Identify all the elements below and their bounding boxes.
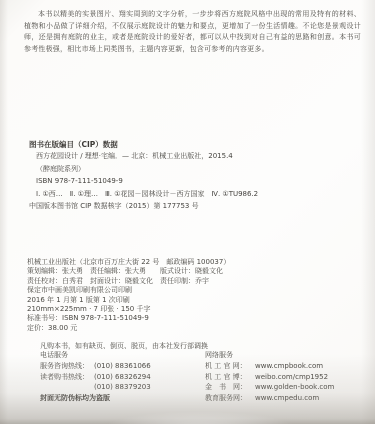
network-service-row: 教育服务网：www.cmpedu.com: [205, 393, 365, 404]
book-number-line: 标准书号：ISBN 978-7-111-51049-9: [27, 314, 362, 323]
anti-piracy-warning: 封面无防伪标均为盗版: [40, 393, 200, 404]
page-left-edge-shadow: [0, 0, 8, 424]
phone-row-value: (010) 88379203: [94, 383, 151, 391]
cip-title-line: 西方花园设计 / 理想·宅编．— 北京：机械工业出版社，2015.4: [29, 151, 261, 163]
phone-row-value: (010) 88361066: [94, 362, 151, 370]
network-row-label: 金 书 网：: [205, 382, 255, 393]
colophon-block: 机械工业出版社（北京市百万庄大街 22 号 邮政编码 100037） 策划编辑：…: [27, 258, 362, 333]
cip-series: （醉庭院系列）: [29, 164, 261, 176]
design-print-line: 责任校对：白秀君 封面设计：晓毅文化 责任印制：乔宇: [27, 277, 362, 286]
cip-isbn: ISBN 978-7-111-51049-9: [29, 176, 261, 188]
phone-row-label: 服务咨询热线：: [40, 361, 94, 372]
network-row-label: 机 工 官 博：: [205, 372, 255, 383]
network-row-value: weibo.com/cmp1952: [255, 373, 328, 381]
phone-service-column: 电话服务 服务咨询热线：(010) 88361066 读者购书热线：(010) …: [40, 350, 200, 404]
network-row-label: 机 工 官 网：: [205, 361, 255, 372]
network-row-value: www.cmpedu.com: [255, 394, 319, 402]
network-row-value: www.cmpbook.com: [255, 362, 323, 370]
cip-classification: Ⅰ. ①西… Ⅱ. ①理… Ⅲ. ①花园－园林设计－西方国家 Ⅳ. ①TU986…: [29, 189, 261, 201]
publisher-address-line: 机械工业出版社（北京市百万庄大街 22 号 邮政编码 100037）: [27, 258, 362, 267]
phone-row-value: (010) 68326294: [94, 373, 151, 381]
editors-line: 策划编辑：张大勇 责任编辑：张大勇 版式设计：晓毅文化: [27, 267, 362, 276]
cip-heading: 图书在版编目（CIP）数据: [29, 139, 261, 151]
phone-service-row: (010) 88379203: [40, 382, 200, 393]
network-service-column: 网络服务 机 工 官 网：www.cmpbook.com 机 工 官 博：wei…: [205, 350, 365, 404]
network-service-heading: 网络服务: [205, 350, 365, 361]
network-row-label: 教育服务网：: [205, 393, 255, 404]
network-service-row: 机 工 官 博：weibo.com/cmp1952: [205, 372, 365, 383]
cip-block: 图书在版编目（CIP）数据 西方花园设计 / 理想·宅编．— 北京：机械工业出版…: [29, 139, 261, 212]
phone-service-row: 服务咨询热线：(010) 88361066: [40, 361, 200, 372]
cip-record-number: 中国版本图书馆 CIP 数据核字（2015）第 177753 号: [29, 201, 261, 213]
network-row-value: www.golden-book.com: [255, 383, 334, 391]
network-service-row: 金 书 网：www.golden-book.com: [205, 382, 365, 393]
phone-service-heading: 电话服务: [40, 350, 200, 361]
book-copyright-page: 本书以精美的实景图片、翔实周到的文字分析，一步步将西方庭院风格中出现的常用及特有…: [0, 0, 375, 424]
printer-line: 保定市中画美凯印刷有限公司印刷: [27, 286, 362, 295]
phone-row-label: 读者购书热线：: [40, 372, 94, 383]
edition-line: 2016 年 1 月第 1 版第 1 次印刷: [27, 296, 362, 305]
phone-service-row: 读者购书热线：(010) 68326294: [40, 372, 200, 383]
price-line: 定价：38.00 元: [27, 324, 362, 333]
network-service-row: 机 工 官 网：www.cmpbook.com: [205, 361, 365, 372]
book-intro-paragraph: 本书以精美的实景图片、翔实周到的文字分析，一步步将西方庭院风格中出现的常用及特有…: [24, 9, 361, 55]
